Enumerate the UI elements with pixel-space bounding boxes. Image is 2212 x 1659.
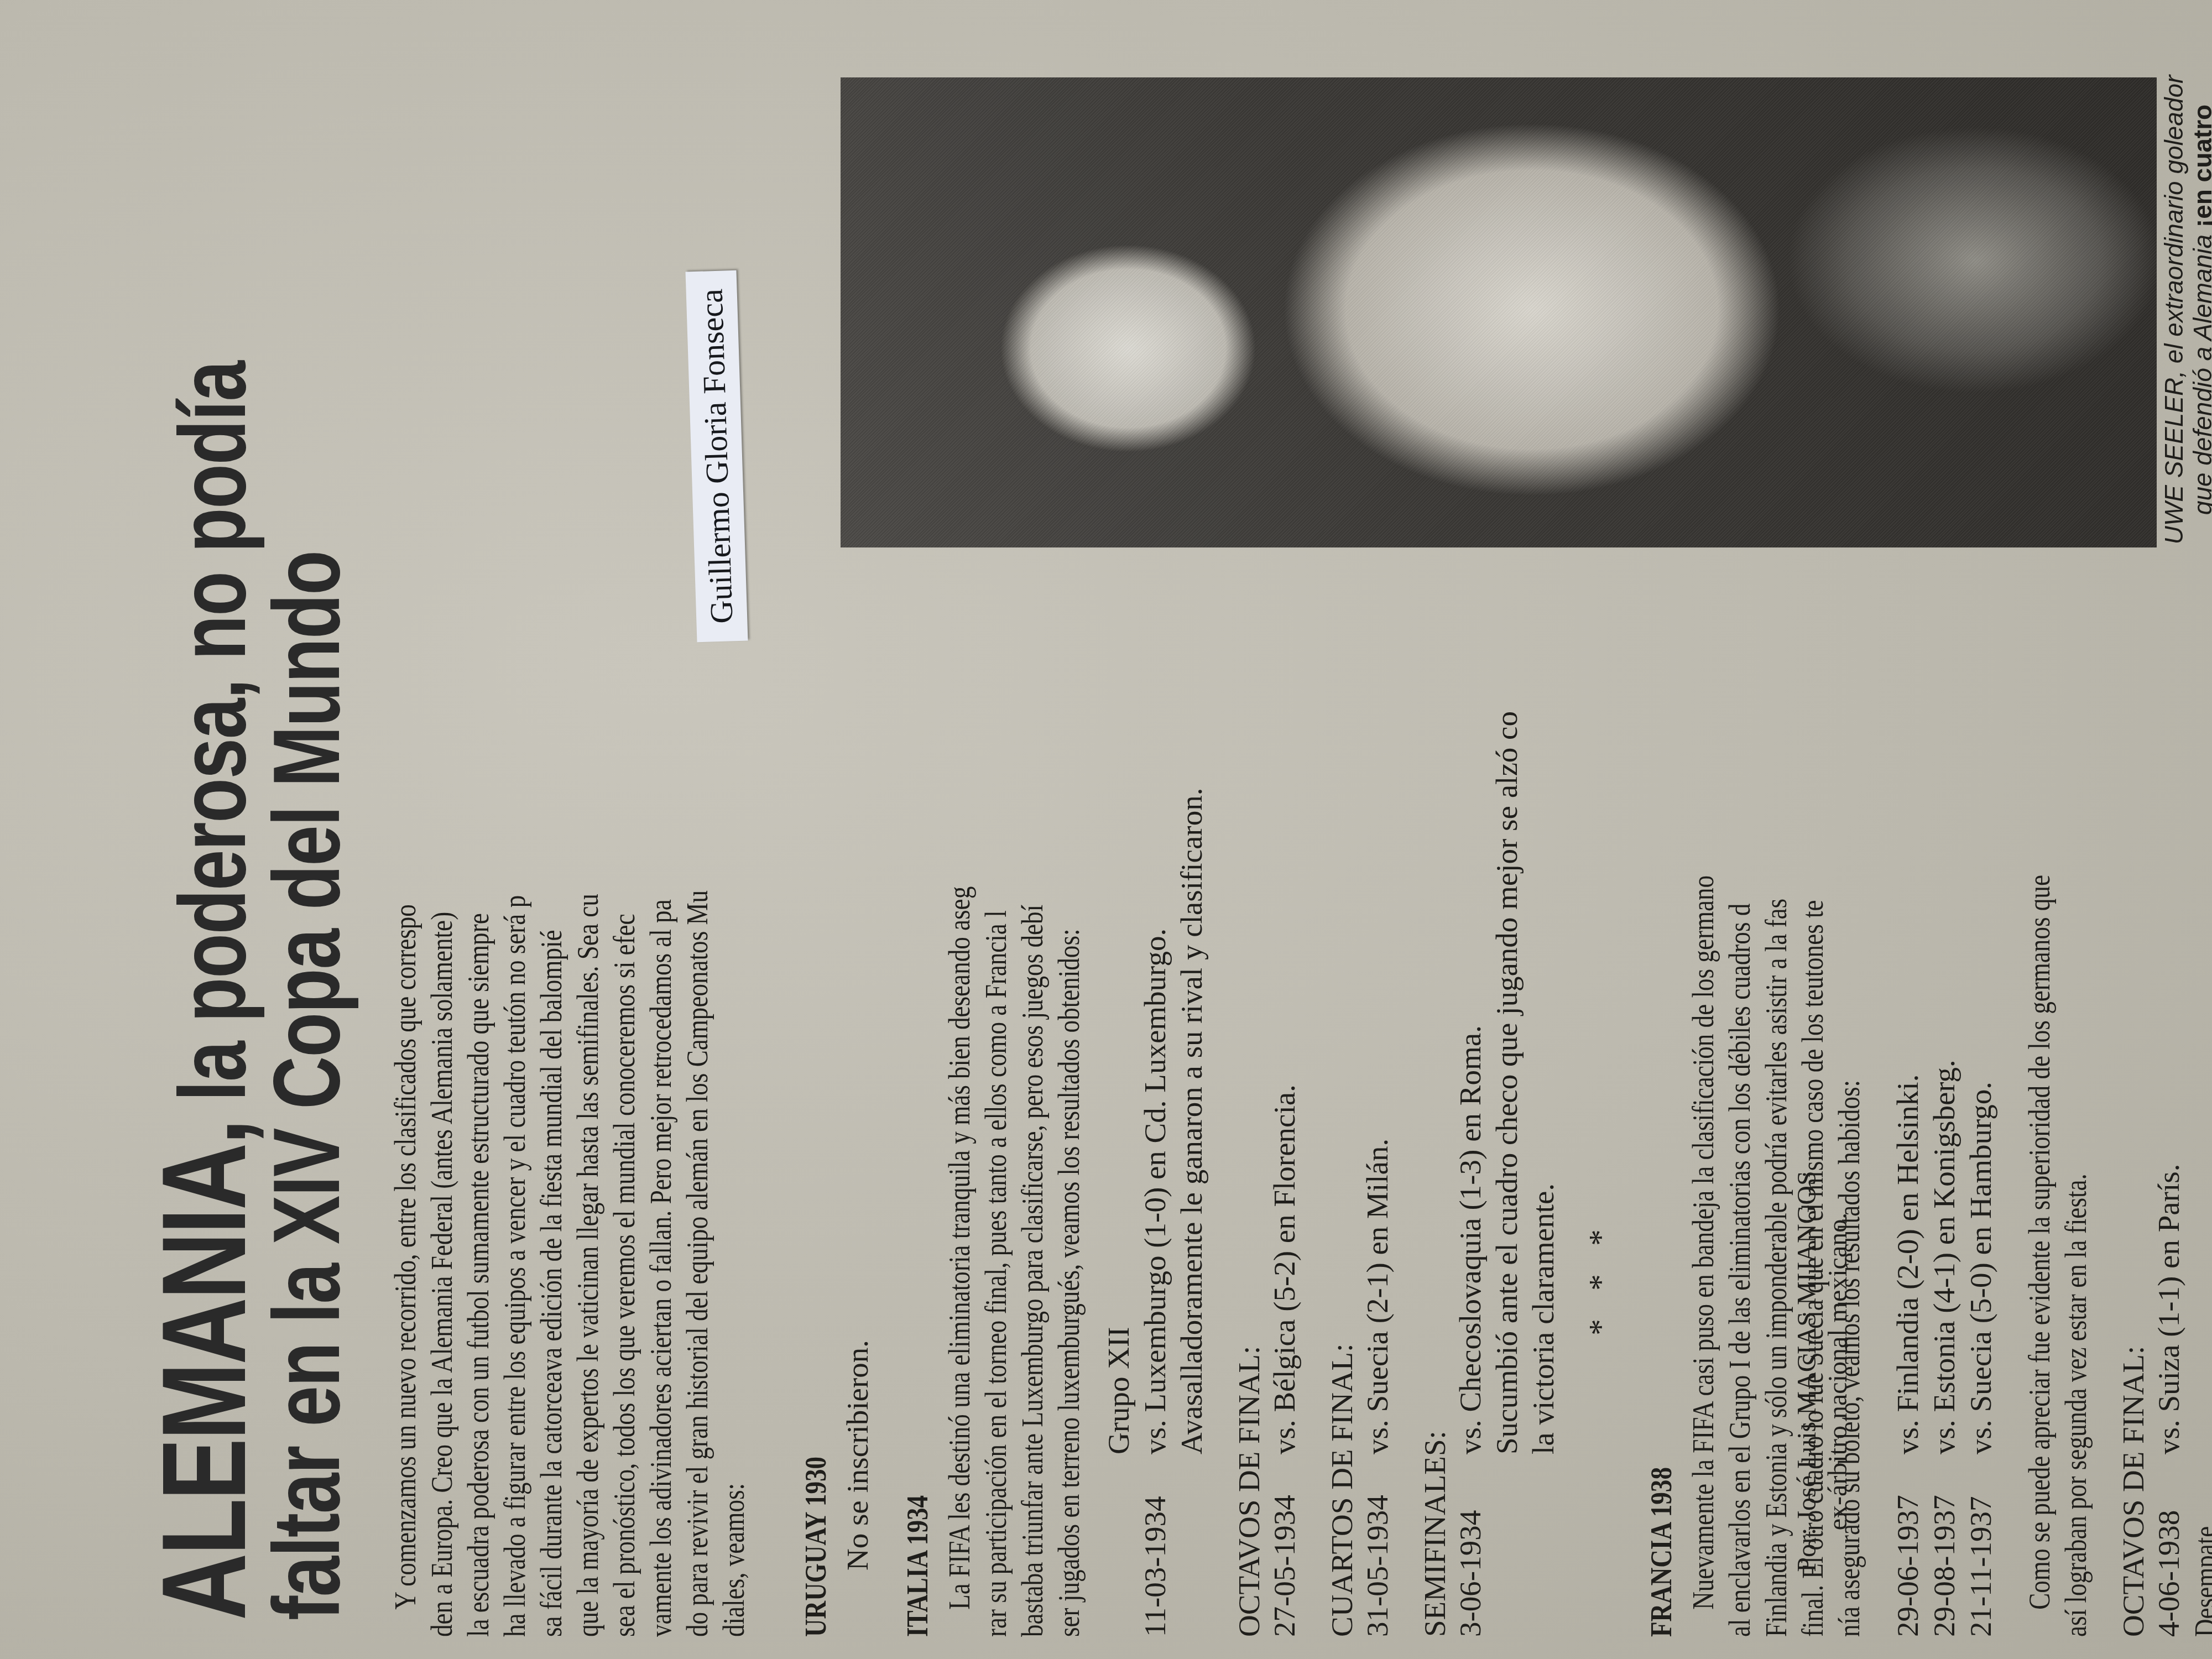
section-title-francia: FRANCIA 1938: [1643, 753, 1679, 1637]
name-sticker: Guillermo Gloria Fonseca: [686, 270, 748, 643]
italia-text-line: ser jugados en terreno luxemburgués, vea…: [1051, 753, 1087, 1637]
match-result: vs. Estonia (4-1) en Konigsberg.: [1926, 559, 1963, 1454]
match-date: 21-11-1937: [1963, 1454, 1999, 1637]
newspaper-article: ALEMANIA, la poderosa, no podía faltar e…: [0, 0, 2212, 1659]
headline-line2: faltar en la XIV Copa del Mundo: [254, 551, 359, 1620]
match-row: 29-08-1937vs. Estonia (4-1) en Konigsber…: [1926, 559, 1963, 1637]
section-separator: * * *: [1582, 918, 1620, 1637]
match-result: vs. Luxemburgo (1-0) en Cd. Luxemburgo.: [1137, 559, 1173, 1454]
francia-text-line: final. El otro cuadro lo fue Suecia que …: [1794, 753, 1831, 1637]
match-result: vs. Suecia (5-0) en Hamburgo.: [1963, 559, 1999, 1454]
match-result: vs. Suiza (1-1) en París.: [2151, 559, 2187, 1454]
semis-note: la victoria claramente.: [1525, 559, 1562, 1637]
photographed-newspaper-page: ALEMANIA, la poderosa, no podía faltar e…: [0, 0, 2212, 1659]
match-date: 3-06-1934: [1452, 1454, 1489, 1637]
match-row: 21-11-1937vs. Suecia (5-0) en Hamburgo.: [1963, 559, 1999, 1637]
qualifier-results: 29-06-1937vs. Finlandia (2-0) en Helsink…: [1890, 559, 1999, 1637]
match-row: 3-06-1934vs. Checoslovaquia (1-3) en Rom…: [1452, 559, 1489, 1637]
match-row: 11-03-1934vs. Luxemburgo (1-0) en Cd. Lu…: [1137, 559, 1173, 1637]
match-result: vs. Checoslovaquia (1-3) en Roma.: [1452, 559, 1489, 1454]
player-photo: [841, 77, 2157, 547]
intro-line: den a Europa. Creo que la Alemania Feder…: [424, 753, 460, 1637]
intro-paragraph: Y comenzamos un nuevo recorrido, entre l…: [387, 559, 752, 1637]
italia-text-line: La FIFA les destinó una eliminatoria tra…: [941, 753, 978, 1637]
francia-text-line: Nuevamente la FIFA casi puso en bandeja …: [1685, 753, 1721, 1637]
caption-name: UWE SEELER,: [2159, 371, 2188, 544]
match-date: 29-08-1937: [1926, 1454, 1963, 1637]
phase-label: SEMIFINALES:: [1418, 559, 1452, 1637]
phase-label: OCTAVOS DE FINAL:: [2116, 559, 2151, 1637]
intro-line: que la mayoría de expertos le vaticinan …: [570, 753, 606, 1637]
intro-line: ha llevado a figurar entre los equipos a…: [497, 753, 533, 1637]
intro-line: la escuadra poderosa con un futbol sumam…: [460, 753, 497, 1637]
photo-caption: UWE SEELER, el extraordinario goleador q…: [2159, 72, 2212, 547]
intro-line: diales, veamos:: [716, 753, 752, 1637]
headline-line1: la poderosa, no podía: [160, 362, 265, 1121]
summary-line: Como se puede apreciar fue evidente la s…: [2021, 753, 2058, 1637]
headline-kicker: ALEMANIA,: [137, 1120, 270, 1620]
match-date: 29-06-1937: [1890, 1454, 1926, 1637]
intro-line: sea el pronóstico, todos los que veremos…: [606, 753, 643, 1637]
group-note: Avasalladoramente le ganaron a su rival …: [1173, 559, 1210, 1637]
match-result: vs. Finlandia (2-0) en Helsinki.: [1890, 559, 1926, 1454]
section-title-italia: ITALIA 1934: [899, 753, 936, 1637]
match-date: 27-05-1934: [1266, 1454, 1303, 1637]
intro-line: vamente los adivinadores aciertan o fall…: [643, 753, 679, 1637]
match-row: 31-05-1934vs. Suecia (2-1) en Milán.: [1359, 559, 1396, 1637]
match-row: 4-06-1938vs. Suiza (1-1) en París.: [2151, 559, 2187, 1637]
summary: Como se puede apreciar fue evidente la s…: [2021, 559, 2094, 1637]
phase-label: OCTAVOS DE FINAL:: [1232, 559, 1266, 1637]
match-date: 31-05-1934: [1359, 1454, 1396, 1637]
match-date: 4-06-1938: [2151, 1454, 2187, 1637]
intro-line: sa fácil durante la catorceava edición d…: [533, 753, 570, 1637]
italia-text-line: bastaba triunfar ante Luxemburgo para cl…: [1014, 753, 1051, 1637]
group-label: Grupo XII: [1100, 559, 1137, 1637]
match-date: 11-03-1934: [1137, 1454, 1173, 1637]
match-row: 27-05-1934vs. Bélgica (5-2) en Florencia…: [1266, 559, 1303, 1637]
francia-text-line: Finlandia y Estonia y sólo un imponderab…: [1758, 753, 1794, 1637]
match-row: 29-06-1937vs. Finlandia (2-0) en Helsink…: [1890, 559, 1926, 1637]
francia-text-line: al enclavarlos en el Grupo I de las elim…: [1721, 753, 1758, 1637]
semis-note: Sucumbió ante el cuadro checo que jugand…: [1489, 559, 1525, 1637]
match-result: vs. Suecia (2-1) en Milán.: [1359, 559, 1396, 1454]
summary-line: así lograban por segunda vez estar en la…: [2058, 753, 2094, 1637]
replay-label: Desempate.: [2187, 753, 2212, 1637]
column-main: URUGUAY 1930No se inscribieron.ITALIA 19…: [774, 559, 2212, 1637]
intro-line: do para revivir el gran historial del eq…: [679, 753, 716, 1637]
main-column-text: URUGUAY 1930No se inscribieron.ITALIA 19…: [797, 559, 2212, 1637]
francia-text-line: nía asegurado su boleto, veamos los resu…: [1831, 753, 1867, 1637]
intro-line: Y comenzamos un nuevo recorrido, entre l…: [387, 753, 424, 1637]
match-result: vs. Bélgica (5-2) en Florencia.: [1266, 559, 1303, 1454]
italia-text-line: rar su participación en el torneo final,…: [978, 753, 1014, 1637]
section-title-uruguay: URUGUAY 1930: [797, 753, 834, 1637]
headline: ALEMANIA, la poderosa, no podía faltar e…: [157, 283, 354, 1620]
column-left: Y comenzamos un nuevo recorrido, entre l…: [387, 559, 752, 1637]
uruguay-note: No se inscribieron.: [839, 559, 876, 1571]
phase-label: CUARTOS DE FINAL:: [1325, 559, 1359, 1637]
